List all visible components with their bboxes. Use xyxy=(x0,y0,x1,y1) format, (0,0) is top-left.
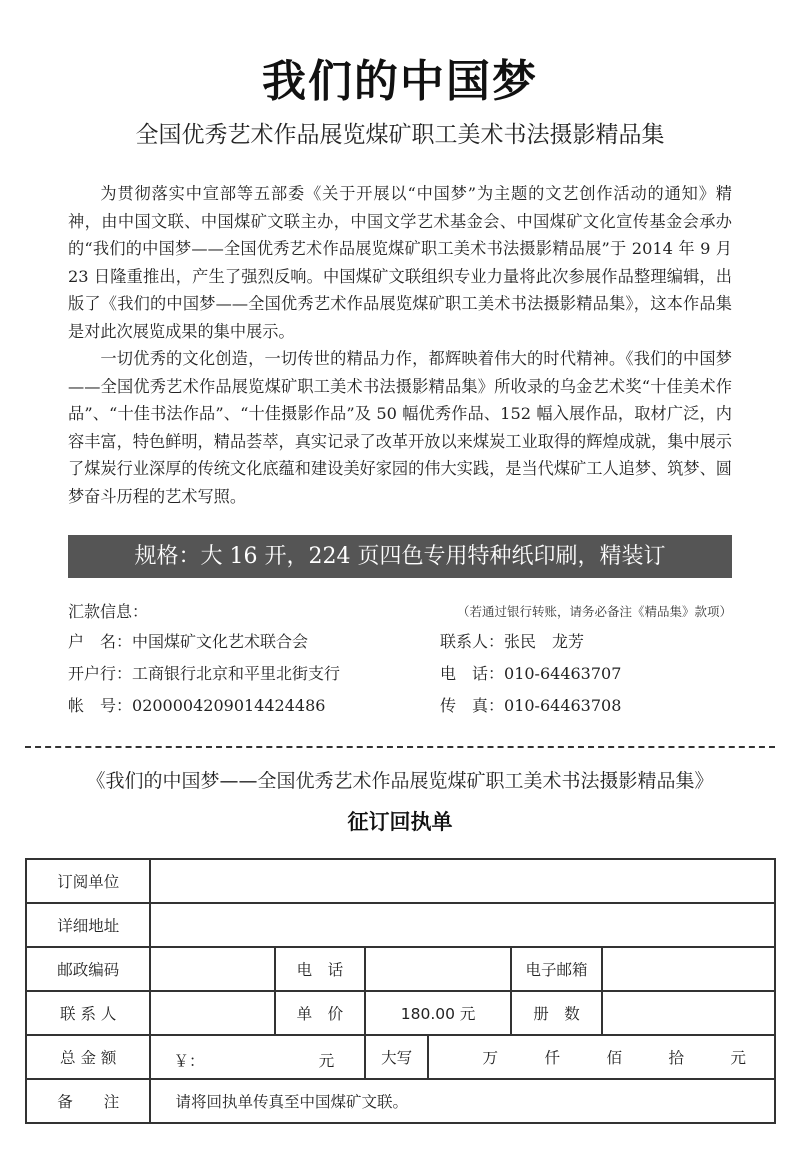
bank-label: 开户行： xyxy=(68,658,132,690)
remark-label: 备 注 xyxy=(26,1079,150,1123)
unit-bai: 佰 xyxy=(560,1046,622,1068)
phone-number: 010-64463707 xyxy=(504,664,621,683)
table-row: 联 系 人 单 价 180.00 元 册 数 xyxy=(26,991,775,1035)
total-amount-field[interactable]: ￥： 元 xyxy=(150,1035,365,1079)
table-row: 总 金 额 ￥： 元 大写 万 仟 佰 拾 元 xyxy=(26,1035,775,1079)
account-name: 中国煤矿文化艺术联合会 xyxy=(132,632,308,651)
yen-symbol: ￥： xyxy=(173,1049,204,1071)
intro-text: 为贯彻落实中宣部等五部委《关于开展以“中国梦”为主题的文艺创作活动的通知》精神，… xyxy=(68,180,732,510)
postcode-label: 邮政编码 xyxy=(26,947,150,991)
yuan-unit: 元 xyxy=(319,1049,335,1071)
capital-amount-field[interactable]: 万 仟 佰 拾 元 xyxy=(428,1035,775,1079)
cut-line-divider xyxy=(25,746,775,748)
remittance-info: 汇款信息： （若通过银行转账，请务必备注《精品集》款项） 户 名：中国煤矿文化艺… xyxy=(68,598,732,722)
unit-price-value: 180.00 元 xyxy=(365,991,511,1035)
paragraph-1: 为贯彻落实中宣部等五部委《关于开展以“中国梦”为主题的文艺创作活动的通知》精神，… xyxy=(68,180,732,345)
email-field[interactable] xyxy=(602,947,775,991)
unit-price-label: 单 价 xyxy=(275,991,366,1035)
fax-label: 传 真： xyxy=(440,690,504,722)
contact-label: 联系人： xyxy=(440,626,504,658)
table-row: 备 注 请将回执单传真至中国煤矿文联。 xyxy=(26,1079,775,1123)
address-label: 详细地址 xyxy=(26,903,150,947)
order-form-table: 订阅单位 详细地址 邮政编码 电 话 电子邮箱 联 系 人 单 价 180.00… xyxy=(25,858,776,1124)
total-label: 总 金 额 xyxy=(26,1035,150,1079)
account-name-label: 户 名： xyxy=(68,626,132,658)
phone-field[interactable] xyxy=(365,947,511,991)
unit-field[interactable] xyxy=(150,859,775,903)
table-row: 订阅单位 xyxy=(26,859,775,903)
form-subtitle: 征订回执单 xyxy=(0,805,800,839)
paragraph-2: 一切优秀的文化创造，一切传世的精品力作，都辉映着伟大的时代精神。《我们的中国梦—… xyxy=(68,345,732,510)
contact-label: 联 系 人 xyxy=(26,991,150,1035)
table-row: 详细地址 xyxy=(26,903,775,947)
email-label: 电子邮箱 xyxy=(511,947,602,991)
capital-label: 大写 xyxy=(365,1035,428,1079)
unit-shi: 拾 xyxy=(622,1046,684,1068)
page-subtitle: 全国优秀艺术作品展览煤矿职工美术书法摄影精品集 xyxy=(0,118,800,152)
bank-name: 工商银行北京和平里北街支行 xyxy=(132,664,340,683)
remark-text: 请将回执单传真至中国煤矿文联。 xyxy=(150,1079,775,1123)
table-row: 邮政编码 电 话 电子邮箱 xyxy=(26,947,775,991)
copies-label: 册 数 xyxy=(511,991,602,1035)
account-no-label: 帐 号： xyxy=(68,690,132,722)
phone-label: 电 话： xyxy=(440,658,504,690)
address-field[interactable] xyxy=(150,903,775,947)
unit-wan: 万 xyxy=(436,1046,498,1068)
unit-qian: 仟 xyxy=(498,1046,560,1068)
account-number: 0200004209014424486 xyxy=(132,696,325,715)
form-title: 《我们的中国梦——全国优秀艺术作品展览煤矿职工美术书法摄影精品集》 xyxy=(0,766,800,796)
fax-number: 010-64463708 xyxy=(504,696,621,715)
remittance-heading: 汇款信息： xyxy=(68,602,148,621)
copies-field[interactable] xyxy=(602,991,775,1035)
unit-yuan: 元 xyxy=(684,1046,746,1068)
spec-banner: 规格：大 16 开，224 页四色专用特种纸印刷，精装订 xyxy=(68,535,732,578)
contact-field[interactable] xyxy=(150,991,274,1035)
phone-label: 电 话 xyxy=(275,947,366,991)
page-title: 我们的中国梦 xyxy=(0,52,800,112)
unit-label: 订阅单位 xyxy=(26,859,150,903)
remittance-note: （若通过银行转账，请务必备注《精品集》款项） xyxy=(457,598,732,626)
postcode-field[interactable] xyxy=(150,947,274,991)
contact-names: 张民 龙芳 xyxy=(504,632,584,651)
